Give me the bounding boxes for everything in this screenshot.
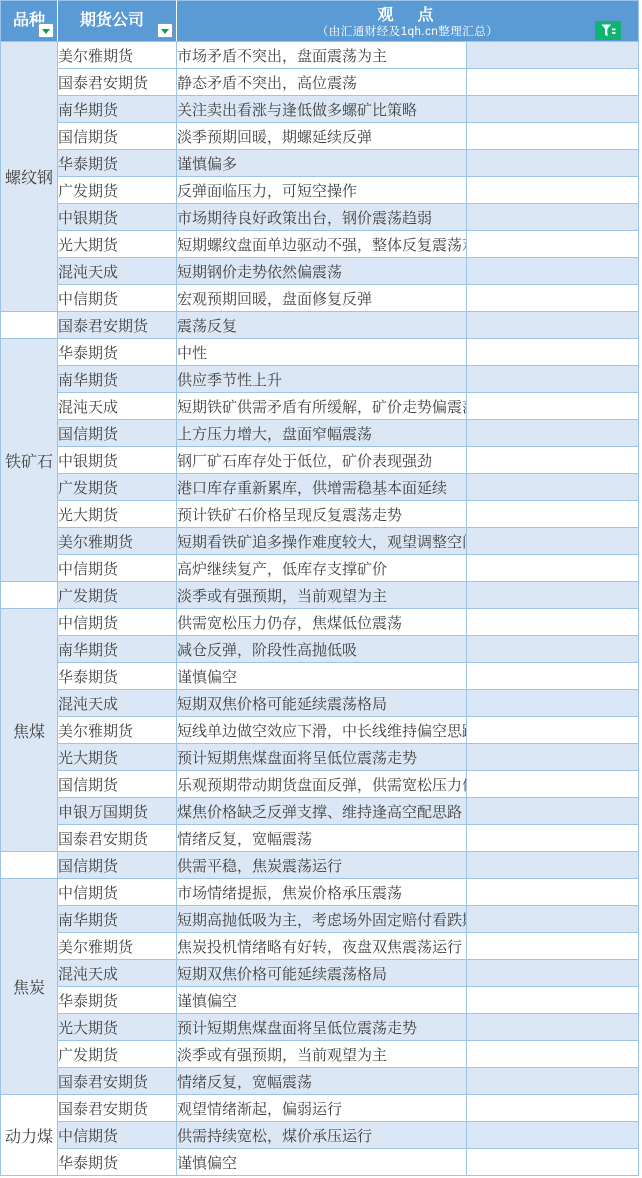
- opinion-cell: 短期高抛低吸为主，考虑场外固定赔付看跌期权结构: [177, 906, 467, 933]
- variety-gap-cell: [1, 852, 58, 879]
- opinion-row: 广发期货淡季或有强预期，当前观望为主: [1, 1041, 639, 1068]
- opinion-cell: 市场情绪提振，焦炭价格承压震荡: [177, 879, 467, 906]
- opinion-row: 广发期货淡季或有强预期，当前观望为主: [1, 582, 639, 609]
- opinion-row: 南华期货关注卖出看涨与逢低做多螺矿比策略: [1, 96, 639, 123]
- opinion-row: 铁矿石华泰期货中性: [1, 339, 639, 366]
- opinion-row: 国泰君安期货情绪反复，宽幅震荡: [1, 825, 639, 852]
- opinion-cell: 港口库存重新累库，供增需稳基本面延续: [177, 474, 467, 501]
- opinion-row: 国信期货乐观预期带动期货盘面反弹，供需宽松压力仍存: [1, 771, 639, 798]
- opinion-header-title: 观 点: [177, 7, 638, 25]
- opinion-row: 动力煤国泰君安期货观望情绪渐起，偏弱运行: [1, 1095, 639, 1122]
- opinion-cell: 钢厂矿石库存处于低位，矿价表现强劲: [177, 447, 467, 474]
- company-cell: 国泰君安期货: [58, 69, 177, 96]
- row-tail-cell: [467, 771, 639, 798]
- opinion-cell: 短线单边做空效应下滑，中长线维持偏空思路: [177, 717, 467, 744]
- company-cell: 光大期货: [58, 744, 177, 771]
- company-cell: 国信期货: [58, 771, 177, 798]
- company-cell: 南华期货: [58, 96, 177, 123]
- opinion-row: 混沌天成短期双焦价格可能延续震荡格局: [1, 960, 639, 987]
- opinion-column-header: 观 点 （由汇通财经及1qh.cn整理汇总）: [177, 1, 639, 42]
- company-cell: 华泰期货: [58, 150, 177, 177]
- row-tail-cell: [467, 1041, 639, 1068]
- opinion-header-subtitle: （由汇通财经及1qh.cn整理汇总）: [177, 25, 638, 39]
- opinion-cell: 焦炭投机情绪略有好转，夜盘双焦震荡运行: [177, 933, 467, 960]
- opinion-row: 中信期货供需持续宽松，煤价承压运行: [1, 1122, 639, 1149]
- company-cell: 光大期货: [58, 501, 177, 528]
- opinion-cell: 淡季或有强预期，当前观望为主: [177, 582, 467, 609]
- company-cell: 混沌天成: [58, 690, 177, 717]
- opinion-row: 国信期货供需平稳，焦炭震荡运行: [1, 852, 639, 879]
- row-tail-cell: [467, 744, 639, 771]
- row-tail-cell: [467, 1149, 639, 1176]
- opinion-row: 国信期货淡季预期回暖，期螺延续反弹: [1, 123, 639, 150]
- row-tail-cell: [467, 1014, 639, 1041]
- opinion-row: 美尔雅期货焦炭投机情绪略有好转，夜盘双焦震荡运行: [1, 933, 639, 960]
- company-cell: 美尔雅期货: [58, 933, 177, 960]
- opinion-cell: 谨慎偏多: [177, 150, 467, 177]
- opinion-cell: 中性: [177, 339, 467, 366]
- company-cell: 华泰期货: [58, 339, 177, 366]
- row-tail-cell: [467, 447, 639, 474]
- opinion-cell: 预计短期焦煤盘面将呈低位震荡走势: [177, 1014, 467, 1041]
- row-tail-cell: [467, 879, 639, 906]
- opinion-cell: 短期螺纹盘面单边驱动不强，整体反复震荡对待: [177, 231, 467, 258]
- opinion-row: 光大期货预计铁矿石价格呈现反复震荡走势: [1, 501, 639, 528]
- company-cell: 南华期货: [58, 636, 177, 663]
- row-tail-cell: [467, 204, 639, 231]
- funnel-filter-icon[interactable]: [595, 21, 621, 40]
- company-cell: 美尔雅期货: [58, 717, 177, 744]
- opinion-cell: 短期铁矿供需矛盾有所缓解，矿价走势偏震荡: [177, 393, 467, 420]
- opinion-cell: 谨慎偏空: [177, 1149, 467, 1176]
- opinion-row: 光大期货短期螺纹盘面单边驱动不强，整体反复震荡对待: [1, 231, 639, 258]
- opinion-row: 华泰期货谨慎偏空: [1, 663, 639, 690]
- opinion-row: 南华期货短期高抛低吸为主，考虑场外固定赔付看跌期权结构: [1, 906, 639, 933]
- row-tail-cell: [467, 582, 639, 609]
- opinion-cell: 谨慎偏空: [177, 663, 467, 690]
- opinion-cell: 静态矛盾不突出，高位震荡: [177, 69, 467, 96]
- opinion-cell: 短期看铁矿追多操作难度较大，观望调整空间: [177, 528, 467, 555]
- opinion-row: 焦炭中信期货市场情绪提振，焦炭价格承压震荡: [1, 879, 639, 906]
- opinion-cell: 上方压力增大，盘面窄幅震荡: [177, 420, 467, 447]
- company-cell: 广发期货: [58, 582, 177, 609]
- row-tail-cell: [467, 906, 639, 933]
- row-tail-cell: [467, 393, 639, 420]
- opinion-cell: 供应季节性上升: [177, 366, 467, 393]
- row-tail-cell: [467, 339, 639, 366]
- row-tail-cell: [467, 798, 639, 825]
- row-tail-cell: [467, 69, 639, 96]
- company-cell: 混沌天成: [58, 258, 177, 285]
- company-cell: 南华期货: [58, 366, 177, 393]
- company-cell: 中信期货: [58, 285, 177, 312]
- variety-column-header: 品种: [1, 1, 58, 42]
- opinion-row: 美尔雅期货短线单边做空效应下滑，中长线维持偏空思路: [1, 717, 639, 744]
- row-tail-cell: [467, 42, 639, 69]
- opinion-row: 华泰期货谨慎偏多: [1, 150, 639, 177]
- variety-cell: 动力煤: [1, 1095, 58, 1176]
- company-cell: 中银期货: [58, 204, 177, 231]
- row-tail-cell: [467, 1122, 639, 1149]
- opinion-row: 光大期货预计短期焦煤盘面将呈低位震荡走势: [1, 1014, 639, 1041]
- variety-filter-button[interactable]: [38, 23, 54, 38]
- opinion-row: 光大期货预计短期焦煤盘面将呈低位震荡走势: [1, 744, 639, 771]
- opinion-cell: 供需宽松压力仍存，焦煤低位震荡: [177, 609, 467, 636]
- row-tail-cell: [467, 825, 639, 852]
- dropdown-arrow-icon: [161, 29, 169, 34]
- company-cell: 华泰期货: [58, 663, 177, 690]
- row-tail-cell: [467, 474, 639, 501]
- row-tail-cell: [467, 96, 639, 123]
- company-cell: 华泰期货: [58, 1149, 177, 1176]
- company-cell: 中信期货: [58, 555, 177, 582]
- row-tail-cell: [467, 123, 639, 150]
- opinion-row: 国信期货上方压力增大，盘面窄幅震荡: [1, 420, 639, 447]
- opinion-row: 混沌天成短期钢价走势依然偏震荡: [1, 258, 639, 285]
- opinion-cell: 情绪反复，宽幅震荡: [177, 1068, 467, 1095]
- opinion-row: 广发期货反弹面临压力，可短空操作: [1, 177, 639, 204]
- opinion-row: 国泰君安期货静态矛盾不突出，高位震荡: [1, 69, 639, 96]
- opinion-row: 美尔雅期货短期看铁矿追多操作难度较大，观望调整空间: [1, 528, 639, 555]
- opinion-row: 国泰君安期货震荡反复: [1, 312, 639, 339]
- opinion-row: 中信期货高炉继续复产，低库存支撑矿价: [1, 555, 639, 582]
- header-row: 品种 期货公司 观 点 （由汇通财经及1qh.cn整理汇总）: [1, 1, 639, 42]
- row-tail-cell: [467, 501, 639, 528]
- company-cell: 中银期货: [58, 447, 177, 474]
- opinion-cell: 短期钢价走势依然偏震荡: [177, 258, 467, 285]
- company-cell: 南华期货: [58, 906, 177, 933]
- company-column-header: 期货公司: [58, 1, 177, 42]
- company-cell: 混沌天成: [58, 393, 177, 420]
- opinion-row: 中银期货市场期待良好政策出台，钢价震荡趋弱: [1, 204, 639, 231]
- row-tail-cell: [467, 177, 639, 204]
- row-tail-cell: [467, 663, 639, 690]
- opinion-row: 螺纹钢美尔雅期货市场矛盾不突出，盘面震荡为主: [1, 42, 639, 69]
- row-tail-cell: [467, 609, 639, 636]
- row-tail-cell: [467, 690, 639, 717]
- opinion-row: 广发期货港口库存重新累库，供增需稳基本面延续: [1, 474, 639, 501]
- row-tail-cell: [467, 258, 639, 285]
- row-tail-cell: [467, 420, 639, 447]
- opinion-row: 中信期货宏观预期回暖，盘面修复反弹: [1, 285, 639, 312]
- row-tail-cell: [467, 231, 639, 258]
- opinion-row: 华泰期货谨慎偏空: [1, 987, 639, 1014]
- row-tail-cell: [467, 312, 639, 339]
- row-tail-cell: [467, 852, 639, 879]
- company-cell: 国信期货: [58, 852, 177, 879]
- company-cell: 中信期货: [58, 1122, 177, 1149]
- opinion-row: 南华期货供应季节性上升: [1, 366, 639, 393]
- variety-gap-cell: [1, 582, 58, 609]
- opinion-cell: 预计铁矿石价格呈现反复震荡走势: [177, 501, 467, 528]
- company-cell: 国泰君安期货: [58, 312, 177, 339]
- opinion-row: 混沌天成短期双焦价格可能延续震荡格局: [1, 690, 639, 717]
- variety-gap-cell: [1, 312, 58, 339]
- company-cell: 国信期货: [58, 123, 177, 150]
- opinion-row: 焦煤中信期货供需宽松压力仍存，焦煤低位震荡: [1, 609, 639, 636]
- company-cell: 广发期货: [58, 1041, 177, 1068]
- company-cell: 国泰君安期货: [58, 825, 177, 852]
- company-cell: 中信期货: [58, 609, 177, 636]
- company-cell: 华泰期货: [58, 987, 177, 1014]
- company-cell: 光大期货: [58, 1014, 177, 1041]
- opinion-cell: 高炉继续复产，低库存支撑矿价: [177, 555, 467, 582]
- variety-cell: 铁矿石: [1, 339, 58, 582]
- row-tail-cell: [467, 636, 639, 663]
- row-tail-cell: [467, 933, 639, 960]
- row-tail-cell: [467, 717, 639, 744]
- company-cell: 中信期货: [58, 879, 177, 906]
- company-cell: 美尔雅期货: [58, 42, 177, 69]
- opinion-row: 申银万国期货煤焦价格缺乏反弹支撑、维持逢高空配思路: [1, 798, 639, 825]
- opinion-row: 国泰君安期货情绪反复，宽幅震荡: [1, 1068, 639, 1095]
- variety-cell: 焦煤: [1, 609, 58, 852]
- opinion-cell: 情绪反复，宽幅震荡: [177, 825, 467, 852]
- row-tail-cell: [467, 960, 639, 987]
- row-tail-cell: [467, 987, 639, 1014]
- opinion-cell: 市场期待良好政策出台，钢价震荡趋弱: [177, 204, 467, 231]
- row-tail-cell: [467, 366, 639, 393]
- company-cell: 广发期货: [58, 177, 177, 204]
- row-tail-cell: [467, 555, 639, 582]
- dropdown-arrow-icon: [42, 29, 50, 34]
- company-cell: 国泰君安期货: [58, 1068, 177, 1095]
- opinion-cell: 供需平稳，焦炭震荡运行: [177, 852, 467, 879]
- opinion-cell: 震荡反复: [177, 312, 467, 339]
- company-cell: 国泰君安期货: [58, 1095, 177, 1122]
- opinion-cell: 市场矛盾不突出，盘面震荡为主: [177, 42, 467, 69]
- opinion-cell: 乐观预期带动期货盘面反弹，供需宽松压力仍存: [177, 771, 467, 798]
- opinion-row: 中银期货钢厂矿石库存处于低位，矿价表现强劲: [1, 447, 639, 474]
- company-filter-button[interactable]: [157, 23, 173, 38]
- variety-cell: 焦炭: [1, 879, 58, 1095]
- opinion-cell: 预计短期焦煤盘面将呈低位震荡走势: [177, 744, 467, 771]
- opinion-cell: 短期双焦价格可能延续震荡格局: [177, 690, 467, 717]
- opinion-row: 华泰期货谨慎偏空: [1, 1149, 639, 1176]
- row-tail-cell: [467, 528, 639, 555]
- row-tail-cell: [467, 1095, 639, 1122]
- opinion-cell: 短期双焦价格可能延续震荡格局: [177, 960, 467, 987]
- row-tail-cell: [467, 150, 639, 177]
- opinion-cell: 供需持续宽松，煤价承压运行: [177, 1122, 467, 1149]
- opinion-cell: 反弹面临压力，可短空操作: [177, 177, 467, 204]
- opinion-row: 混沌天成短期铁矿供需矛盾有所缓解，矿价走势偏震荡: [1, 393, 639, 420]
- opinion-cell: 淡季预期回暖，期螺延续反弹: [177, 123, 467, 150]
- company-cell: 广发期货: [58, 474, 177, 501]
- opinions-table: 品种 期货公司 观 点 （由汇通财经及1qh.cn整理汇总）: [0, 0, 639, 1176]
- opinion-row: 南华期货减仓反弹，阶段性高抛低吸: [1, 636, 639, 663]
- futures-opinions-sheet: 品种 期货公司 观 点 （由汇通财经及1qh.cn整理汇总）: [0, 0, 642, 1178]
- opinion-cell: 减仓反弹，阶段性高抛低吸: [177, 636, 467, 663]
- company-cell: 混沌天成: [58, 960, 177, 987]
- company-cell: 美尔雅期货: [58, 528, 177, 555]
- company-cell: 申银万国期货: [58, 798, 177, 825]
- opinion-cell: 关注卖出看涨与逢低做多螺矿比策略: [177, 96, 467, 123]
- variety-cell: 螺纹钢: [1, 42, 58, 312]
- row-tail-cell: [467, 1068, 639, 1095]
- company-cell: 国信期货: [58, 420, 177, 447]
- opinion-cell: 淡季或有强预期，当前观望为主: [177, 1041, 467, 1068]
- row-tail-cell: [467, 285, 639, 312]
- opinion-cell: 煤焦价格缺乏反弹支撑、维持逢高空配思路: [177, 798, 467, 825]
- opinion-cell: 宏观预期回暖，盘面修复反弹: [177, 285, 467, 312]
- company-cell: 光大期货: [58, 231, 177, 258]
- opinion-cell: 谨慎偏空: [177, 987, 467, 1014]
- opinion-cell: 观望情绪渐起，偏弱运行: [177, 1095, 467, 1122]
